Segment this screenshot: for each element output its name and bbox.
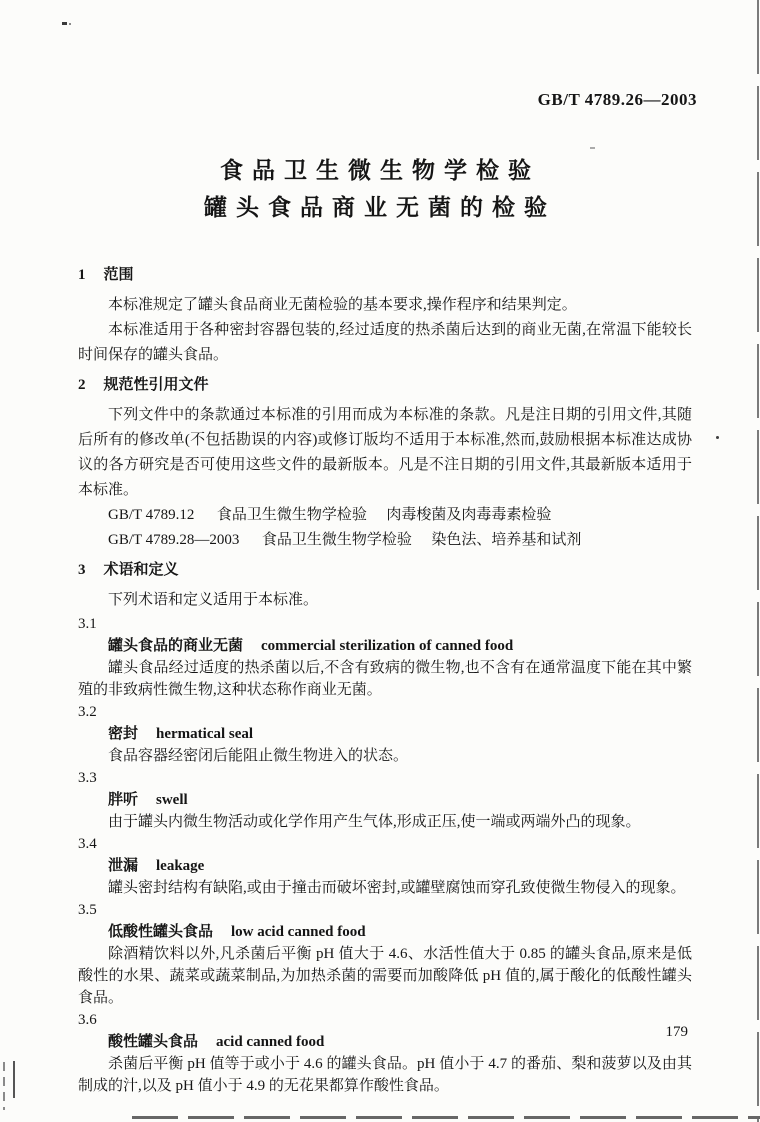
term-3-4-definition: 罐头密封结构有缺陷,或由于撞击而破坏密封,或罐壁腐蚀而穿孔致使微生物侵入的现象。	[78, 877, 692, 899]
term-zh: 泄漏	[108, 858, 138, 874]
section-3-title: 术语和定义	[104, 562, 179, 578]
reference-code: GB/T 4789.12	[108, 507, 194, 523]
scan-mark	[3, 1062, 5, 1110]
term-3-6-name: 酸性罐头食品acid canned food	[78, 1031, 692, 1053]
scan-speck	[590, 147, 595, 149]
term-3-5-definition: 除酒精饮料以外,凡杀菌后平衡 pH 值大于 4.6、水活性值大于 0.85 的罐…	[78, 943, 692, 1009]
term-3-6-definition: 杀菌后平衡 pH 值等于或小于 4.6 的罐头食品。pH 值小于 4.7 的番茄…	[78, 1053, 692, 1097]
section-1-number: 1	[78, 264, 86, 287]
reference-subject: 肉毒梭菌及肉毒毒素检验	[386, 507, 551, 523]
section-2-number: 2	[78, 374, 86, 397]
section-1-heading: 1范围	[78, 264, 692, 287]
reference-part: 食品卫生微生物学检验	[262, 532, 412, 548]
term-zh: 酸性罐头食品	[108, 1034, 198, 1050]
reference-code: GB/T 4789.28—2003	[108, 532, 239, 548]
term-3-3-name: 胖听swell	[78, 789, 692, 811]
term-en: leakage	[156, 858, 204, 874]
document-body: 1范围 本标准规定了罐头食品商业无菌检验的基本要求,操作程序和结果判定。 本标准…	[78, 258, 692, 1097]
reference-item: GB/T 4789.12食品卫生微生物学检验肉毒梭菌及肉毒毒素检验	[78, 503, 692, 528]
term-3-2-name: 密封hermatical seal	[78, 723, 692, 745]
term-3-5-name: 低酸性罐头食品low acid canned food	[78, 921, 692, 943]
section-3-number: 3	[78, 559, 86, 582]
term-3-1-number: 3.1	[78, 613, 692, 635]
document-title: 食品卫生微生物学检验 罐头食品商业无菌的检验	[0, 152, 760, 226]
scan-speck	[716, 436, 719, 439]
term-en: low acid canned food	[231, 924, 366, 940]
reference-item: GB/T 4789.28—2003食品卫生微生物学检验染色法、培养基和试剂	[78, 528, 692, 553]
term-en: swell	[156, 792, 188, 808]
term-zh: 低酸性罐头食品	[108, 924, 213, 940]
section-2-title: 规范性引用文件	[104, 377, 209, 393]
term-3-1-name: 罐头食品的商业无菌commercial sterilization of can…	[78, 635, 692, 657]
term-3-4-number: 3.4	[78, 833, 692, 855]
reference-subject: 染色法、培养基和试剂	[431, 532, 581, 548]
term-zh: 罐头食品的商业无菌	[108, 638, 243, 654]
term-zh: 密封	[108, 726, 138, 742]
section-1-paragraph-1: 本标准规定了罐头食品商业无菌检验的基本要求,操作程序和结果判定。	[78, 293, 692, 318]
term-3-4-name: 泄漏leakage	[78, 855, 692, 877]
term-3-6-number: 3.6	[78, 1009, 692, 1031]
title-line-1: 食品卫生微生物学检验	[0, 152, 760, 189]
term-3-1-definition: 罐头食品经过适度的热杀菌以后,不含有致病的微生物,也不含有在通常温度下能在其中繁…	[78, 657, 692, 701]
section-1-paragraph-2: 本标准适用于各种密封容器包装的,经过适度的热杀菌后达到的商业无菌,在常温下能较长…	[78, 318, 692, 368]
scanned-document-page: GB/T 4789.26—2003 食品卫生微生物学检验 罐头食品商业无菌的检验…	[0, 0, 760, 1122]
page-number: 179	[666, 1024, 689, 1041]
term-en: hermatical seal	[156, 726, 253, 742]
scan-mark	[13, 1061, 15, 1098]
section-3-heading: 3术语和定义	[78, 559, 692, 582]
section-2-heading: 2规范性引用文件	[78, 374, 692, 397]
reference-part: 食品卫生微生物学检验	[217, 507, 367, 523]
standard-code: GB/T 4789.26—2003	[538, 90, 697, 110]
section-1-title: 范围	[104, 267, 134, 283]
term-en: acid canned food	[216, 1034, 324, 1050]
term-zh: 胖听	[108, 792, 138, 808]
scan-speck	[62, 22, 67, 25]
term-3-5-number: 3.5	[78, 899, 692, 921]
term-en: commercial sterilization of canned food	[261, 638, 513, 654]
title-line-2: 罐头食品商业无菌的检验	[0, 189, 760, 226]
scan-edge-bottom	[132, 1116, 760, 1119]
term-3-3-definition: 由于罐头内微生物活动或化学作用产生气体,形成正压,使一端或两端外凸的现象。	[78, 811, 692, 833]
section-2-paragraph-1: 下列文件中的条款通过本标准的引用而成为本标准的条款。凡是注日期的引用文件,其随后…	[78, 403, 692, 503]
scan-speck	[69, 23, 71, 25]
section-3-intro: 下列术语和定义适用于本标准。	[78, 588, 692, 613]
term-3-3-number: 3.3	[78, 767, 692, 789]
term-3-2-number: 3.2	[78, 701, 692, 723]
term-3-2-definition: 食品容器经密闭后能阻止微生物进入的状态。	[78, 745, 692, 767]
